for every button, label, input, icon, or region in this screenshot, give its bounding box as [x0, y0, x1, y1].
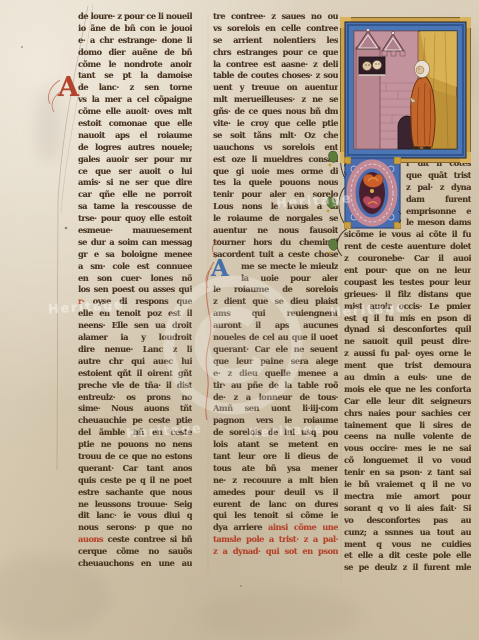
red-margin-flourish — [48, 80, 60, 112]
manuscript-photo: de loure· z pour ce li noueilio ãne de … — [0, 0, 479, 640]
watermark-copyright-icon — [143, 255, 323, 435]
castle — [354, 28, 418, 149]
illuminated-initial-O — [344, 157, 401, 229]
crenellations — [382, 51, 405, 56]
window-figures — [359, 57, 385, 75]
miniature-illustration — [340, 17, 471, 163]
ivy-leaves — [327, 151, 338, 250]
